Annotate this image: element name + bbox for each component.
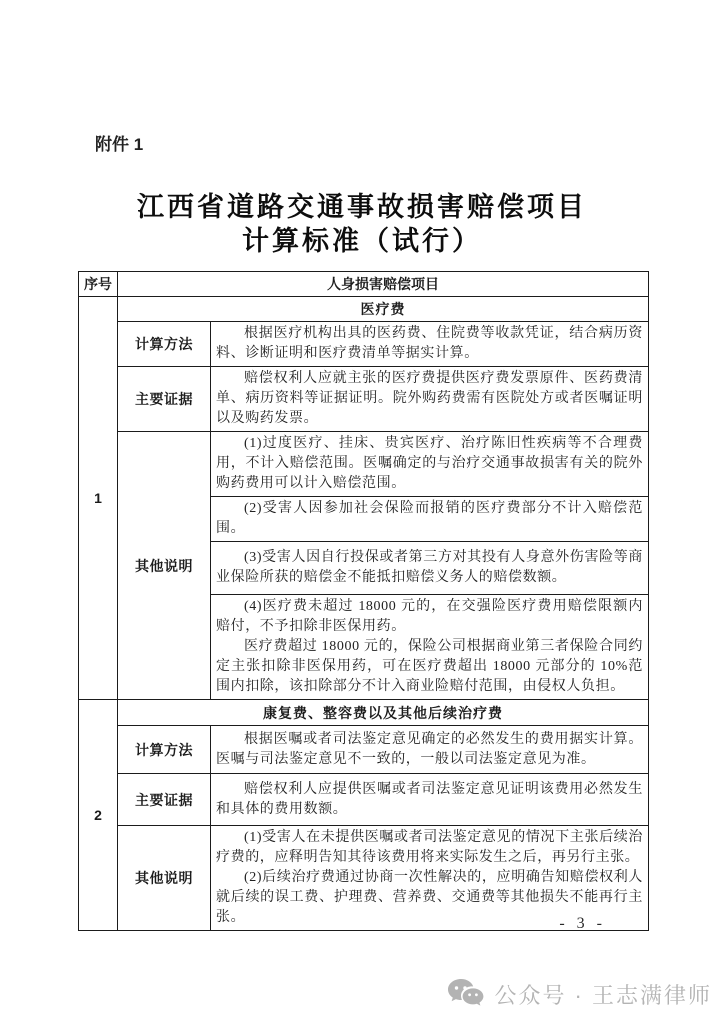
paragraph: (3)受害人因自行投保或者第三方对其投有人身意外伤害险等商业保险所获的赔偿金不能… xyxy=(216,548,643,588)
evidence-content: 赔偿权利人应提供医嘱或者司法鉴定意见证明该费用必然发生和具体的费用数额。 xyxy=(211,774,649,826)
paragraph: 赔偿权利人应就主张的医疗费提供医疗费发票原件、医药费清单、病历资料等证据证明。院… xyxy=(216,369,643,429)
table-row: 主要证据 赔偿权利人应提供医嘱或者司法鉴定意见证明该费用必然发生和具体的费用数额… xyxy=(79,774,649,826)
document-title-line-2: 计算标准（试行） xyxy=(0,224,724,258)
table-row: 计算方法 根据医嘱或者司法鉴定意见确定的必然发生的费用据实计算。医嘱与司法鉴定意… xyxy=(79,726,649,774)
paragraph: 根据医疗机构出具的医药费、住院费等收款凭证，结合病历资料、诊断证明和医疗费清单等… xyxy=(216,324,643,364)
other-note-item-4: (4)医疗费未超过 18000 元的，在交强险医疗费用赔偿限额内赔付，不予扣除非… xyxy=(211,595,649,700)
section-2-category: 康复费、整容费以及其他后续治疗费 xyxy=(118,700,649,726)
attachment-label: 附件 1 xyxy=(95,130,143,155)
calc-method-content: 根据医嘱或者司法鉴定意见确定的必然发生的费用据实计算。医嘱与司法鉴定意见不一致的… xyxy=(211,726,649,774)
section-2-number: 2 xyxy=(79,700,118,931)
calc-method-label: 计算方法 xyxy=(118,726,211,774)
paragraph: (4)医疗费未超过 18000 元的，在交强险医疗费用赔偿限额内赔付，不予扣除非… xyxy=(216,597,643,637)
header-cell-items: 人身损害赔偿项目 xyxy=(118,272,649,297)
evidence-label: 主要证据 xyxy=(118,367,211,432)
watermark-text: 公众号 · 王志满律师 xyxy=(494,979,712,1010)
table-row: 主要证据 赔偿权利人应就主张的医疗费提供医疗费发票原件、医药费清单、病历资料等证… xyxy=(79,367,649,432)
wechat-icon xyxy=(447,978,485,1011)
evidence-content: 赔偿权利人应就主张的医疗费提供医疗费发票原件、医药费清单、病历资料等证据证明。院… xyxy=(211,367,649,432)
section-1-number: 1 xyxy=(79,297,118,700)
calc-method-content: 根据医疗机构出具的医药费、住院费等收款凭证，结合病历资料、诊断证明和医疗费清单等… xyxy=(211,322,649,367)
evidence-label: 主要证据 xyxy=(118,774,211,826)
paragraph: 医疗费超过 18000 元的，保险公司根据商业第三者保险合同约定主张扣除非医保用… xyxy=(216,637,643,697)
header-cell-serial: 序号 xyxy=(79,272,118,297)
paragraph: (1)过度医疗、挂床、贵宾医疗、治疗陈旧性疾病等不合理费用，不计入赔偿范围。医嘱… xyxy=(216,434,643,494)
section-1-category-row: 1 医疗费 xyxy=(79,297,649,322)
other-note-item-2: (2)受害人因参加社会保险而报销的医疗费部分不计入赔偿范围。 xyxy=(211,497,649,542)
other-note-item-3: (3)受害人因自行投保或者第三方对其投有人身意外伤害险等商业保险所获的赔偿金不能… xyxy=(211,542,649,595)
other-notes-label: 其他说明 xyxy=(118,432,211,700)
other-note-item-1: (1)过度医疗、挂床、贵宾医疗、治疗陈旧性疾病等不合理费用，不计入赔偿范围。医嘱… xyxy=(211,432,649,497)
document-title: 江西省道路交通事故损害赔偿项目 计算标准（试行） xyxy=(0,190,724,258)
document-title-line-1: 江西省道路交通事故损害赔偿项目 xyxy=(0,190,724,224)
paragraph: 根据医嘱或者司法鉴定意见确定的必然发生的费用据实计算。医嘱与司法鉴定意见不一致的… xyxy=(216,730,643,770)
paragraph: (2)受害人因参加社会保险而报销的医疗费部分不计入赔偿范围。 xyxy=(216,499,643,539)
watermark: 公众号 · 王志满律师 xyxy=(447,978,712,1011)
page-number: - 3 - xyxy=(0,915,724,933)
compensation-table: 序号 人身损害赔偿项目 1 医疗费 计算方法 根据医疗机构出具的医药费、住院费等… xyxy=(78,271,649,931)
table-row: 计算方法 根据医疗机构出具的医药费、住院费等收款凭证，结合病历资料、诊断证明和医… xyxy=(79,322,649,367)
table-row: 其他说明 (1)过度医疗、挂床、贵宾医疗、治疗陈旧性疾病等不合理费用，不计入赔偿… xyxy=(79,432,649,497)
paragraph: (1)受害人在未提供医嘱或者司法鉴定意见的情况下主张后续治疗费的，应释明告知其待… xyxy=(216,828,643,868)
table-header-row: 序号 人身损害赔偿项目 xyxy=(79,272,649,297)
section-1-category: 医疗费 xyxy=(118,297,649,322)
calc-method-label: 计算方法 xyxy=(118,322,211,367)
section-2-category-row: 2 康复费、整容费以及其他后续治疗费 xyxy=(79,700,649,726)
paragraph: 赔偿权利人应提供医嘱或者司法鉴定意见证明该费用必然发生和具体的费用数额。 xyxy=(216,780,643,820)
